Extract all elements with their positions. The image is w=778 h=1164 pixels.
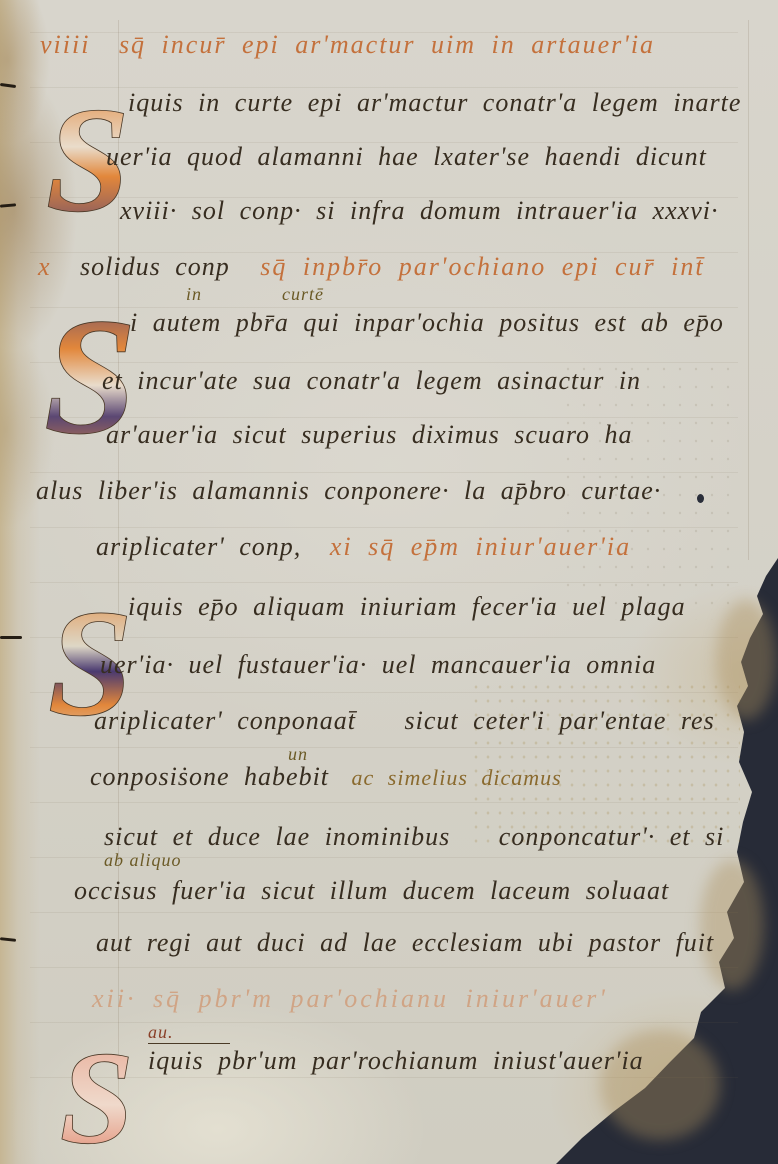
interlinear-gloss: curtē [282,284,324,305]
body-text: alus liber'is alamannis conponere· la ap… [36,476,661,506]
text-line: uer'ia· uel fustauer'ia· uel mancauer'ia… [100,650,656,680]
interlinear-gloss: in [186,284,202,305]
interlinear-gloss: au. [148,1022,230,1044]
mixed-line: ariplicater' conp, xi sq̄ ep̄m iniur'aue… [96,532,631,562]
manuscript-photo: S S S S [0,0,778,1164]
text-line: iquis pbr'um par'rochianum iniust'auer'i… [148,1046,644,1076]
body-text: uer'ia quod alamanni hae lxater'se haend… [106,142,707,172]
rubric-line: viiii sq̄ incur̄ epi ar'mactur uim in ar… [40,30,655,60]
text-line: ar'auer'ia sicut superius diximus scuaro… [106,420,633,450]
rubric-text: xi sq̄ ep̄m iniur'auer'ia [330,532,631,562]
chapter-number: x [38,252,52,282]
rubric-text-faded: xii· sq̄ pbr'm par'ochianu iniur'auer' [92,984,608,1014]
rubric-text: sq̄ inpbr̄o par'ochiano epi cur̄ int̄ [260,252,704,282]
worm-hole [697,494,704,503]
body-text: i autem pbr̄a qui inpar'ochia positus es… [130,308,724,338]
right-margin-ruling [748,20,749,560]
text-line: ariplicater' conponaat̄ sicut ceter'i pa… [94,706,715,736]
text-line: xviii· sol conp· si infra domum intrauer… [120,196,718,226]
body-text: sicut ceter'i par'entae res [405,706,715,736]
mixed-line: x solidus conp sq̄ inpbr̄o par'ochiano e… [38,252,705,282]
binding-stitch [0,636,22,639]
later-addition: ac simelius dicamus [352,765,562,791]
body-text: solidus conp [80,252,230,282]
body-text: et incur'ate sua conatr'a legem asinactu… [102,366,641,396]
body-text: occisus fuer'ia sicut illum ducem laceum… [74,876,669,906]
body-text: ariplicater' conponaat̄ [94,706,356,736]
body-text: iquis ep̄o aliquam iniuriam fecer'ia uel… [128,592,686,622]
body-text: ariplicater' conp, [96,532,301,562]
rubric-line: xii· sq̄ pbr'm par'ochianu iniur'auer' [92,984,608,1014]
interlinear-gloss: ab aliquo [104,850,182,871]
text-line: sicut et duce lae inominibus conponcatur… [104,822,724,852]
text-line: iquis in curte epi ar'mactur conatr'a le… [128,88,741,118]
body-text: xviii· sol conp· si infra domum intrauer… [120,196,718,226]
text-line: conposiṡone habebit ac simelius dicamus [90,762,562,792]
body-text: conponcatur'· et si [499,822,725,852]
body-text: uer'ia· uel fustauer'ia· uel mancauer'ia… [100,650,656,680]
text-line: uer'ia quod alamanni hae lxater'se haend… [106,142,707,172]
text-line: occisus fuer'ia sicut illum ducem laceum… [74,876,669,906]
text-line: i autem pbr̄a qui inpar'ochia positus es… [130,308,724,338]
text-line: iquis ep̄o aliquam iniuriam fecer'ia uel… [128,592,686,622]
body-text: conposiṡone habebit [90,762,329,792]
chapter-number: viiii [40,30,90,60]
text-line: alus liber'is alamannis conponere· la ap… [36,476,661,506]
body-text: ar'auer'ia sicut superius diximus scuaro… [106,420,633,450]
rubric-text: sq̄ incur̄ epi ar'mactur uim in artauer'… [119,30,655,60]
body-text: sicut et duce lae inominibus [104,822,450,852]
text-line: et incur'ate sua conatr'a legem asinactu… [102,366,641,396]
text-line: aut regi aut duci ad lae ecclesiam ubi p… [96,928,714,958]
body-text: aut regi aut duci ad lae ecclesiam ubi p… [96,928,714,958]
body-text: iquis pbr'um par'rochianum iniust'auer'i… [148,1046,644,1076]
body-text: iquis in curte epi ar'mactur conatr'a le… [128,88,741,118]
